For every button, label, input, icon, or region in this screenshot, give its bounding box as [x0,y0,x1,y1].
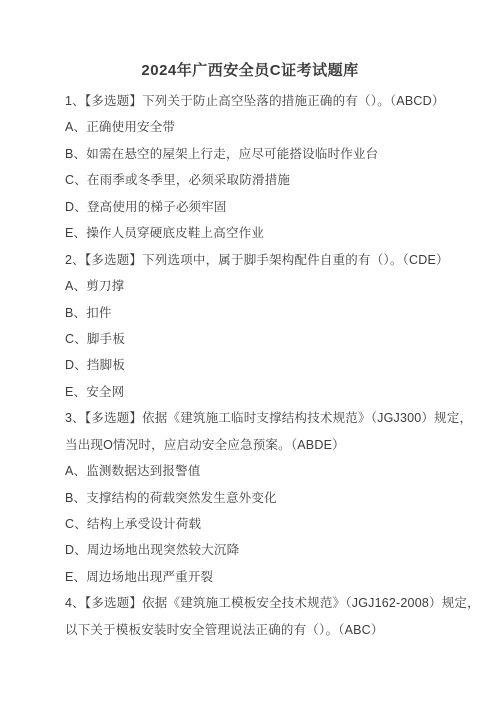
question-3-stem-line-1: 3、【多选题】依据《建筑施工临时支撑结构技术规范》（JGJ300）规定， [65,405,460,431]
question-2-option-e: E、安全网 [65,379,460,405]
question-3-option-d: D、周边场地出现突然较大沉降 [65,537,460,563]
question-1-option-c: C、在雨季或冬季里，必须采取防滑措施 [65,167,460,193]
question-1-option-a: A、正确使用安全带 [65,114,460,140]
document-title: 2024年广西安全员C证考试题库 [0,59,500,80]
question-3-option-a: A、监测数据达到报警值 [65,458,460,484]
question-1-option-d: D、登高使用的梯子必须牢固 [65,194,460,220]
question-4-stem-line-2: 以下关于模板安装时安全管理说法正确的有（）。（ABC） [65,617,460,643]
question-4-stem-line-1: 4、【多选题】依据《建筑施工模板安全技术规范》（JGJ162-2008）规定， [65,590,460,616]
question-3-option-c: C、结构上承受设计荷载 [65,511,460,537]
question-2-stem: 2、【多选题】下列选项中，属于脚手架构配件自重的有（）。（CDE） [65,247,460,273]
document-page: 2024年广西安全员C证考试题库 1、【多选题】下列关于防止高空坠落的措施正确的… [0,0,500,707]
question-3-stem-line-2: 当出现O情况时，应启动安全应急预案。（ABDE） [65,432,460,458]
question-1-stem: 1、【多选题】下列关于防止高空坠落的措施正确的有（）。（ABCD） [65,88,460,114]
question-2-option-a: A、剪刀撑 [65,273,460,299]
question-1-option-e: E、操作人员穿硬底皮鞋上高空作业 [65,220,460,246]
question-2-option-d: D、挡脚板 [65,352,460,378]
question-3-option-b: B、支撑结构的荷载突然发生意外变化 [65,485,460,511]
question-2-option-c: C、脚手板 [65,326,460,352]
question-2-option-b: B、扣件 [65,300,460,326]
question-1-option-b: B、如需在悬空的屋架上行走，应尽可能搭设临时作业台 [65,141,460,167]
question-list: 1、【多选题】下列关于防止高空坠落的措施正确的有（）。（ABCD） A、正确使用… [65,88,460,643]
question-3-option-e: E、周边场地出现严重开裂 [65,564,460,590]
